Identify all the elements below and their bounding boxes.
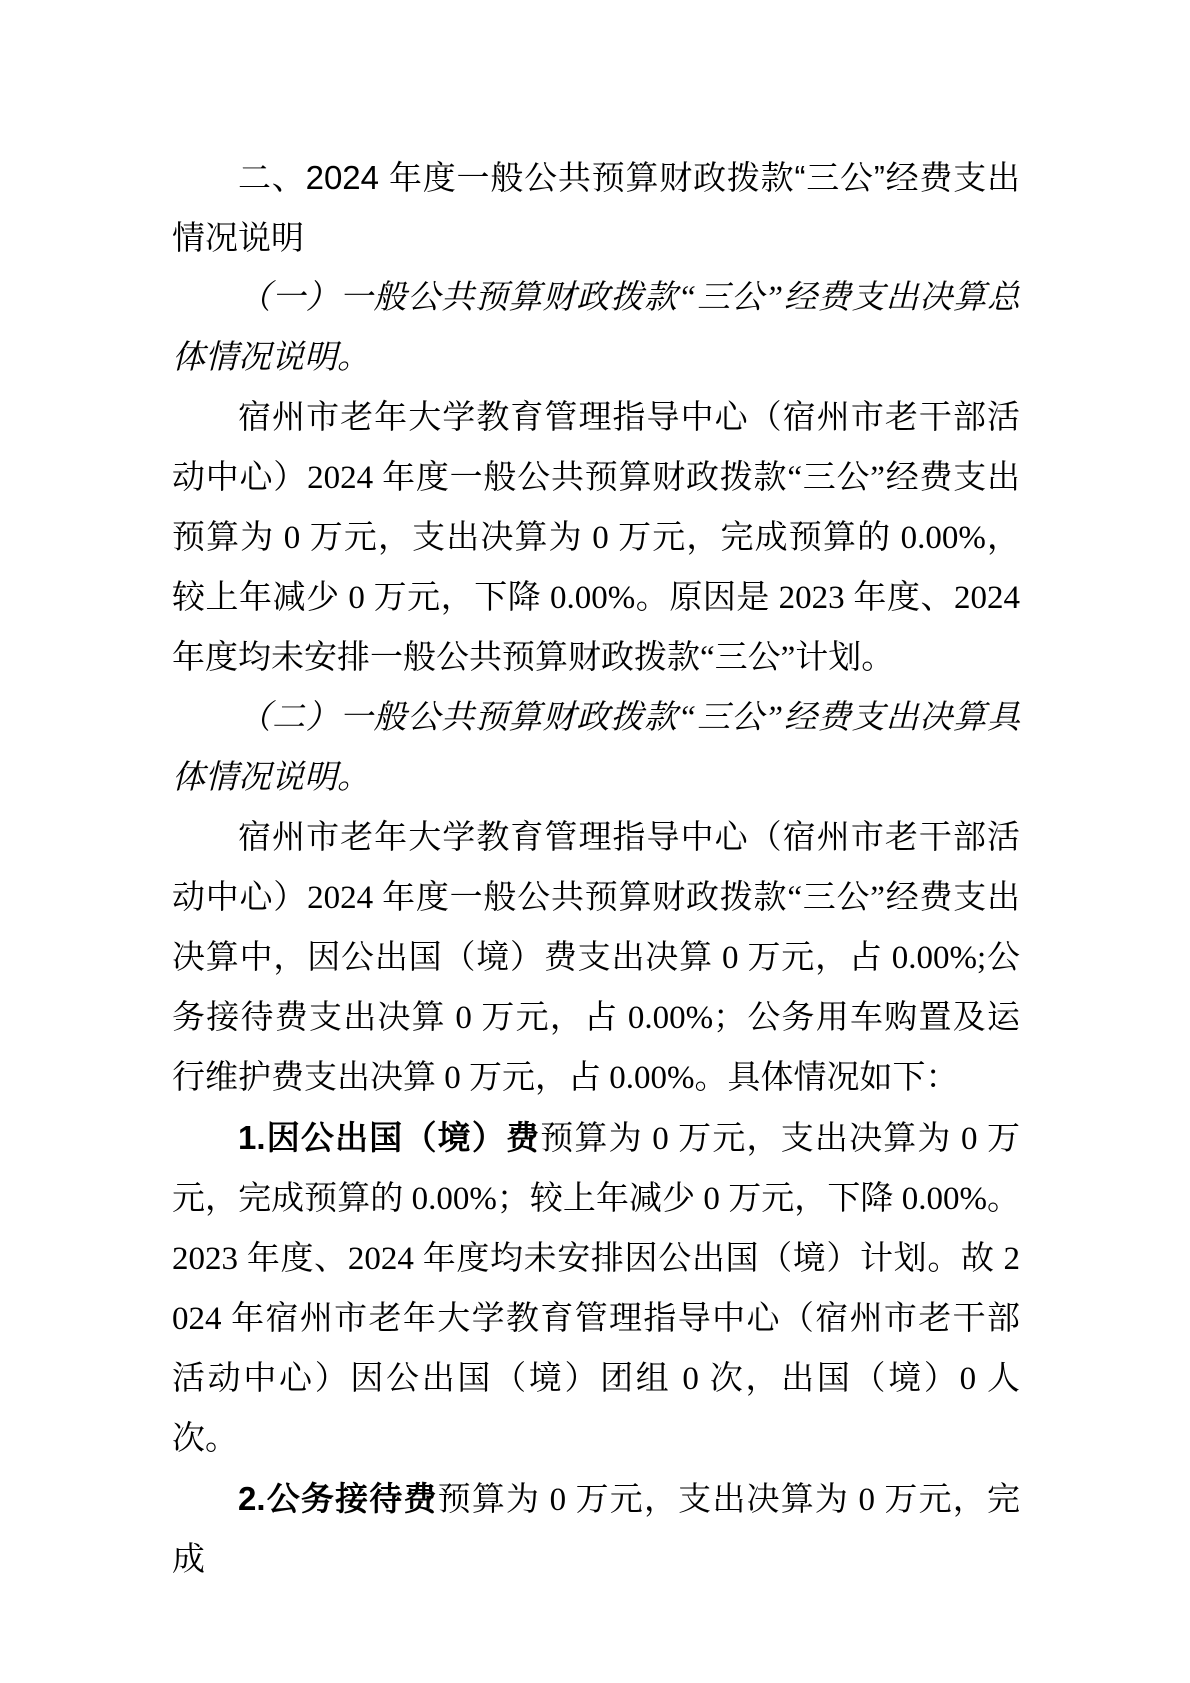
section-heading: 二、2024 年度一般公共预算财政拨款“三公”经费支出情况说明: [172, 148, 1020, 268]
document-page: 二、2024 年度一般公共预算财政拨款“三公”经费支出情况说明 （一）一般公共预…: [0, 0, 1190, 1683]
subsection-heading-1: （一）一般公共预算财政拨款“三公”经费支出决算总体情况说明。: [172, 268, 1020, 388]
subsection-heading-2: （二）一般公共预算财政拨款“三公”经费支出决算具体情况说明。: [172, 688, 1020, 808]
item-1-bold-label: 1.因公出国（境）费: [238, 1119, 540, 1156]
item-1-text: 预算为 0 万元，支出决算为 0 万元，完成预算的 0.00%；较上年减少 0 …: [172, 1121, 1020, 1457]
paragraph-item-2-reception-expense: 2.公务接待费预算为 0 万元，支出决算为 0 万元，完成: [172, 1469, 1020, 1590]
item-2-bold-label: 2.公务接待费: [238, 1480, 438, 1517]
paragraph-detail-situation: 宿州市老年大学教育管理指导中心（宿州市老干部活动中心）2024 年度一般公共预算…: [172, 808, 1020, 1108]
paragraph-item-1-overseas-expense: 1.因公出国（境）费预算为 0 万元，支出决算为 0 万元，完成预算的 0.00…: [172, 1108, 1020, 1469]
paragraph-overall-situation: 宿州市老年大学教育管理指导中心（宿州市老干部活动中心）2024 年度一般公共预算…: [172, 388, 1020, 688]
document-body: 二、2024 年度一般公共预算财政拨款“三公”经费支出情况说明 （一）一般公共预…: [172, 148, 1020, 1590]
